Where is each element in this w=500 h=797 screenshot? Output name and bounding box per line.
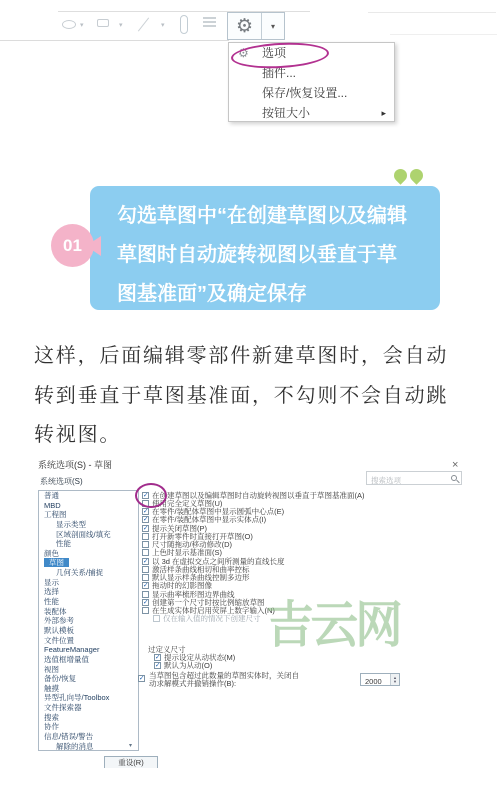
toolbar-bottom-border — [0, 40, 229, 41]
gear-dropdown-caret[interactable]: ▾ — [262, 13, 284, 39]
sidebar-item-普通[interactable]: 普通 — [39, 491, 138, 501]
tutorial-page: ▾ ▾ ▾ ⚙ ▾ ⚙选项插件...保存/恢复设置...按钮大小▸ 勾选草图中“… — [0, 0, 500, 797]
reset-button[interactable]: 重设(R) — [104, 756, 158, 768]
sidebar-item-备份/恢复[interactable]: 备份/恢复 — [39, 674, 138, 684]
checkbox[interactable]: ✓ — [142, 599, 149, 606]
sidebar-item-性能[interactable]: 性能 — [39, 539, 138, 549]
checkbox-label: 默认为从动(O) — [164, 660, 212, 671]
sidebar-item-label: 性能 — [44, 597, 59, 606]
checkbox[interactable]: ✓ — [142, 558, 149, 565]
system-options-dialog: 系统选项(S) - 草图 × 系统选项(S) 搜索选项 普通MBD工程图显示类型… — [30, 452, 470, 768]
sidebar-item-label: 备份/恢复 — [44, 674, 76, 683]
sidebar-item-label: 文件探索器 — [44, 703, 82, 712]
solver-limit-label: 当草图包含超过此数量的草图实体时，关闭自 动求解模式并撤销操作(B): — [149, 672, 359, 689]
checkbox[interactable] — [142, 541, 149, 548]
sidebar-item-外部参考[interactable]: 外部参考 — [39, 616, 138, 626]
sidebar-item-label: 默认模板 — [44, 626, 74, 635]
sidebar-item-label: 信息/错误/警告 — [44, 732, 93, 741]
menu-item-label: 保存/恢复设置... — [262, 86, 347, 100]
sidebar-item-异型孔向导/Toolbox[interactable]: 异型孔向导/Toolbox — [39, 693, 138, 703]
overdefined-dimensions-group: 过定义尺寸 ✓提示设定从动状态(M)✓默认为从动(O) — [148, 644, 235, 670]
sidebar-item-label: 选择 — [44, 587, 59, 596]
checkbox[interactable]: ✓ — [142, 508, 149, 515]
step-callout-text: 勾选草图中“在创建草图以及编辑草图时自动旋转视图以垂直于草图基准面”及确定保存 — [90, 186, 440, 314]
sidebar-item-label: 区域剖面线/填充 — [56, 530, 111, 539]
checkbox[interactable] — [142, 591, 149, 598]
toggle-tool-icon[interactable] — [180, 15, 188, 34]
tab-system-options[interactable]: 系统选项(S) — [40, 476, 83, 487]
sidebar-item-label: 协作 — [44, 722, 59, 731]
highlight-ellipse-checkbox — [135, 483, 167, 508]
step-number-badge: 01 — [51, 224, 94, 267]
sidebar-item-label: 搜索 — [44, 713, 59, 722]
checkbox[interactable]: ✓ — [154, 662, 161, 669]
sidebar-item-信息/错误/警告[interactable]: 信息/错误/警告 — [39, 732, 138, 742]
spinner-arrows-icon[interactable]: ▴▾ — [390, 674, 399, 685]
sidebar-item-label: 装配体 — [44, 607, 67, 616]
checkbox[interactable] — [142, 566, 149, 573]
line-tool-icon[interactable] — [138, 17, 149, 31]
sidebar-item-MBD[interactable]: MBD — [39, 501, 138, 511]
dimension-tool-icon[interactable] — [97, 19, 109, 27]
search-icon — [451, 475, 457, 481]
search-placeholder: 搜索选项 — [371, 475, 401, 486]
sketch-tool-icon[interactable] — [62, 20, 76, 29]
sidebar-item-label: MBD — [44, 501, 61, 510]
menu-item-label: 按钮大小 — [262, 106, 310, 120]
background-line — [368, 12, 496, 13]
background-line — [390, 34, 497, 35]
sidebar-item-label: FeatureManager — [44, 645, 99, 654]
submenu-arrow-icon: ▸ — [381, 103, 386, 123]
sidebar-item-label: 触摸 — [44, 684, 59, 693]
sidebar-item-label: 工程图 — [44, 510, 67, 519]
dialog-title: 系统选项(S) - 草图 — [38, 458, 112, 471]
sidebar-item-label: 草图 — [44, 558, 69, 567]
watermark-text: 吉云网 — [266, 585, 400, 657]
chevron-down-icon[interactable]: ▾ — [119, 21, 123, 29]
sidebar-item-label: 文件位置 — [44, 636, 74, 645]
sidebar-item-label: 性能 — [56, 539, 71, 548]
sidebar-item-FeatureManager[interactable]: FeatureManager — [39, 645, 138, 655]
checkbox[interactable] — [142, 574, 149, 581]
step-callout-box: 勾选草图中“在创建草图以及编辑草图时自动旋转视图以垂直于草图基准面”及确定保存 — [90, 186, 440, 310]
sidebar-item-label: 显示类型 — [56, 520, 86, 529]
quote-marks-icon — [394, 169, 423, 182]
solver-limit-spinner[interactable]: 2000 ▴▾ — [360, 673, 400, 686]
chevron-down-icon[interactable]: ▾ — [80, 21, 84, 29]
sidebar-item-label: 颜色 — [44, 549, 59, 558]
sidebar-item-label: 视图 — [44, 665, 59, 674]
sidebar-item-视图[interactable]: 视图 — [39, 665, 138, 675]
sidebar-item-解除的消息[interactable]: 解除的消息 — [39, 742, 138, 751]
checkbox-label: 仅在输入值的情况下创建尺寸 — [163, 613, 261, 624]
sidebar-item-区域剖面线/填充[interactable]: 区域剖面线/填充 — [39, 530, 138, 540]
sidebar-item-工程图[interactable]: 工程图 — [39, 510, 138, 520]
sidebar-item-触摸[interactable]: 触摸 — [39, 684, 138, 694]
sidebar-item-选值框增量值[interactable]: 选值框增量值 — [39, 655, 138, 665]
sidebar-item-草图[interactable]: 草图 — [39, 558, 138, 568]
sidebar-item-搜索[interactable]: 搜索 — [39, 713, 138, 723]
sidebar-item-label: 异型孔向导/Toolbox — [44, 693, 109, 702]
checkbox[interactable] — [142, 607, 149, 614]
spinner-value[interactable]: 2000 — [365, 677, 382, 686]
sidebar-item-性能[interactable]: 性能 — [39, 597, 138, 607]
options-category-list: 普通MBD工程图显示类型区域剖面线/填充性能颜色草图几何关系/捕捉显示选择性能装… — [38, 490, 139, 751]
menu-item-按钮大小[interactable]: 按钮大小▸ — [229, 103, 394, 123]
sidebar-item-文件探索器[interactable]: 文件探索器 — [39, 703, 138, 713]
solver-limit-checkbox[interactable]: ✓ — [138, 675, 145, 682]
options-gear-button[interactable]: ⚙ ▾ — [227, 12, 285, 40]
sidebar-item-显示类型[interactable]: 显示类型 — [39, 520, 138, 530]
sidebar-item-显示[interactable]: 显示 — [39, 578, 138, 588]
sidebar-item-label: 外部参考 — [44, 616, 74, 625]
sidebar-item-协作[interactable]: 协作 — [39, 722, 138, 732]
body-paragraph: 这样，后面编辑零部件新建草图时，会自动转到垂直于草图基准面，不勾则不会自动跳转视… — [34, 337, 464, 456]
sidebar-item-文件位置[interactable]: 文件位置 — [39, 636, 138, 646]
checkbox[interactable] — [142, 549, 149, 556]
list-tool-icon[interactable] — [203, 17, 216, 29]
sidebar-item-label: 显示 — [44, 578, 59, 587]
sidebar-item-装配体[interactable]: 装配体 — [39, 607, 138, 617]
checkbox[interactable]: ✓ — [142, 525, 149, 532]
sidebar-item-label: 几何关系/捕捉 — [56, 568, 103, 577]
checkbox[interactable]: ✓ — [142, 582, 149, 589]
chevron-down-icon[interactable]: ▾ — [161, 21, 165, 29]
gear-icon[interactable]: ⚙ — [228, 13, 262, 39]
checkbox[interactable]: ✓ — [154, 654, 161, 661]
sidebar-item-几何关系/捕捉[interactable]: 几何关系/捕捉 — [39, 568, 138, 578]
checkbox[interactable] — [153, 615, 160, 622]
menu-item-保存/恢复设置...[interactable]: 保存/恢复设置... — [229, 83, 394, 103]
sidebar-item-默认模板[interactable]: 默认模板 — [39, 626, 138, 636]
scroll-down-icon[interactable]: ▾ — [129, 742, 469, 768]
close-icon[interactable]: × — [452, 459, 458, 471]
checkbox[interactable] — [142, 533, 149, 540]
search-input[interactable]: 搜索选项 — [366, 471, 462, 485]
sidebar-item-选择[interactable]: 选择 — [39, 587, 138, 597]
sidebar-item-label: 选值框增量值 — [44, 655, 89, 664]
sidebar-item-label: 普通 — [44, 491, 59, 500]
sidebar-item-label: 解除的消息 — [56, 742, 94, 751]
checkbox[interactable]: ✓ — [142, 516, 149, 523]
